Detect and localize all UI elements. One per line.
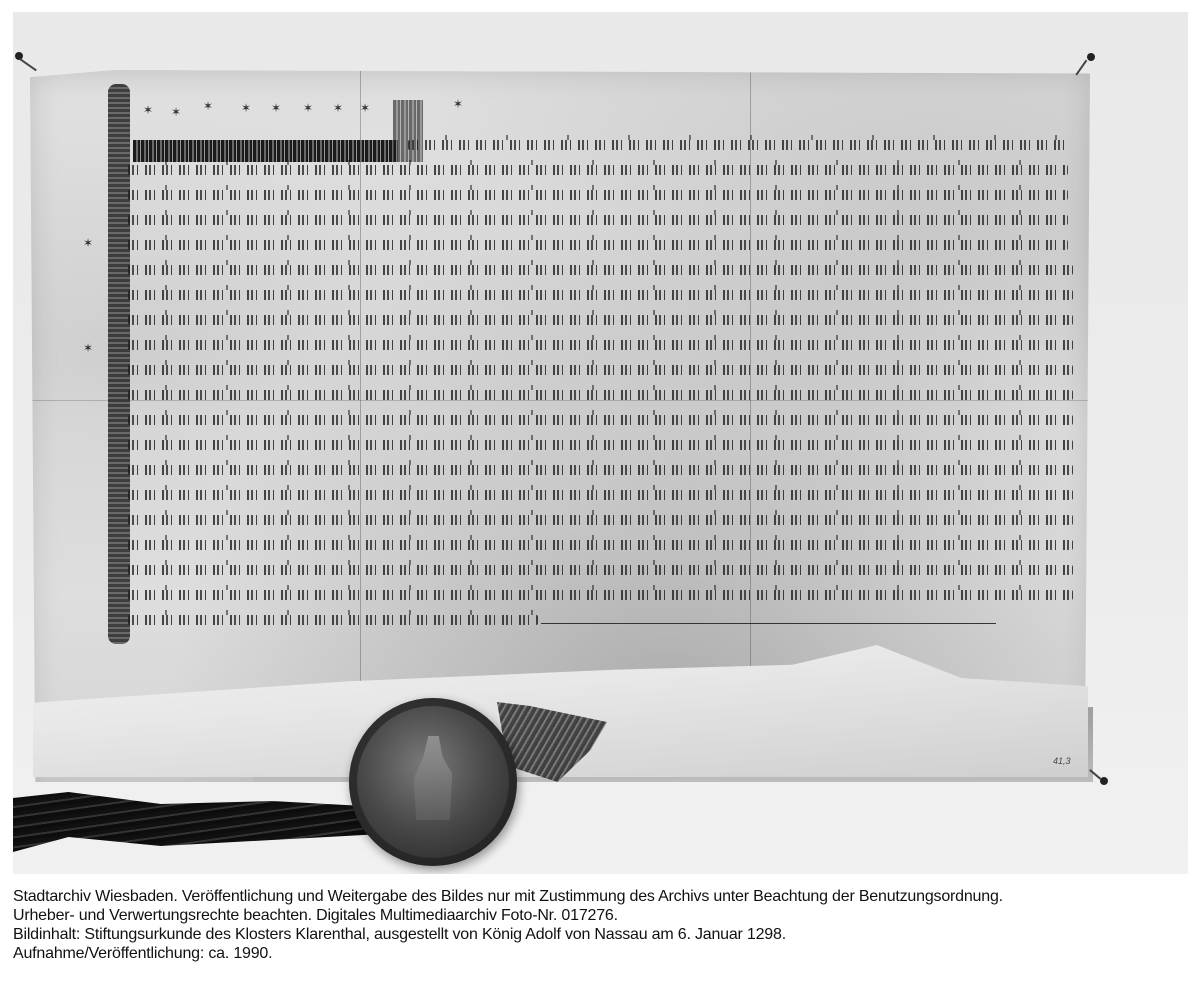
seal-cord [13,792,383,852]
manuscript-line [128,315,1073,325]
heading-flourish [393,100,423,162]
star-icon: ✶ [271,102,281,114]
archive-pencil-mark: 41,3 [1053,756,1071,766]
manuscript-line [128,540,1073,550]
manuscript-line [128,165,1068,175]
heading-display-script [133,140,398,162]
manuscript-line [128,590,1073,600]
decorated-initial [108,84,130,644]
star-icon: ✶ [83,342,93,354]
manuscript-line [128,415,1073,425]
caption-date-line: Aufnahme/Veröffentlichung: ca. 1990. [13,944,1188,963]
manuscript-line [128,615,538,625]
charter-photograph: ✶ ✶ ✶ ✶ ✶ ✶ ✶ ✶ ✶ ✶ ✶ 41,3 [13,12,1188,874]
star-icon: ✶ [360,102,370,114]
manuscript-line [128,290,1073,300]
fold-crease [360,70,361,782]
manuscript-line [128,565,1073,575]
star-icon: ✶ [171,106,181,118]
pin-top-right [1087,53,1095,61]
manuscript-line [128,215,1068,225]
manuscript-line [128,490,1073,500]
manuscript-line [128,240,1068,250]
manuscript-line [128,190,1068,200]
manuscript-line [128,340,1073,350]
wax-seal [349,698,517,866]
caption-content-line: Bildinhalt: Stiftungsurkunde des Kloster… [13,925,1188,944]
manuscript-line [128,265,1073,275]
manuscript-line [128,515,1073,525]
star-icon: ✶ [83,237,93,249]
closing-rule [541,623,996,624]
seal-enthroned-figure [409,736,457,820]
manuscript-line [128,440,1073,450]
manuscript-line [128,365,1073,375]
star-icon: ✶ [303,102,313,114]
caption-rights-line: Urheber- und Verwertungsrechte beachten.… [13,906,1188,925]
caption-copyright-line: Stadtarchiv Wiesbaden. Veröffentlichung … [13,887,1188,906]
star-icon: ✶ [143,104,153,116]
star-icon: ✶ [203,100,213,112]
pin-shaft [1075,60,1087,76]
star-icon: ✶ [453,98,463,110]
manuscript-line [128,465,1073,475]
manuscript-line [408,140,1068,150]
fold-crease [30,400,1090,401]
star-icon: ✶ [241,102,251,114]
star-icon: ✶ [333,102,343,114]
pin-shaft [20,58,37,71]
photo-caption: Stadtarchiv Wiesbaden. Veröffentlichung … [13,887,1188,963]
manuscript-line [128,390,1073,400]
